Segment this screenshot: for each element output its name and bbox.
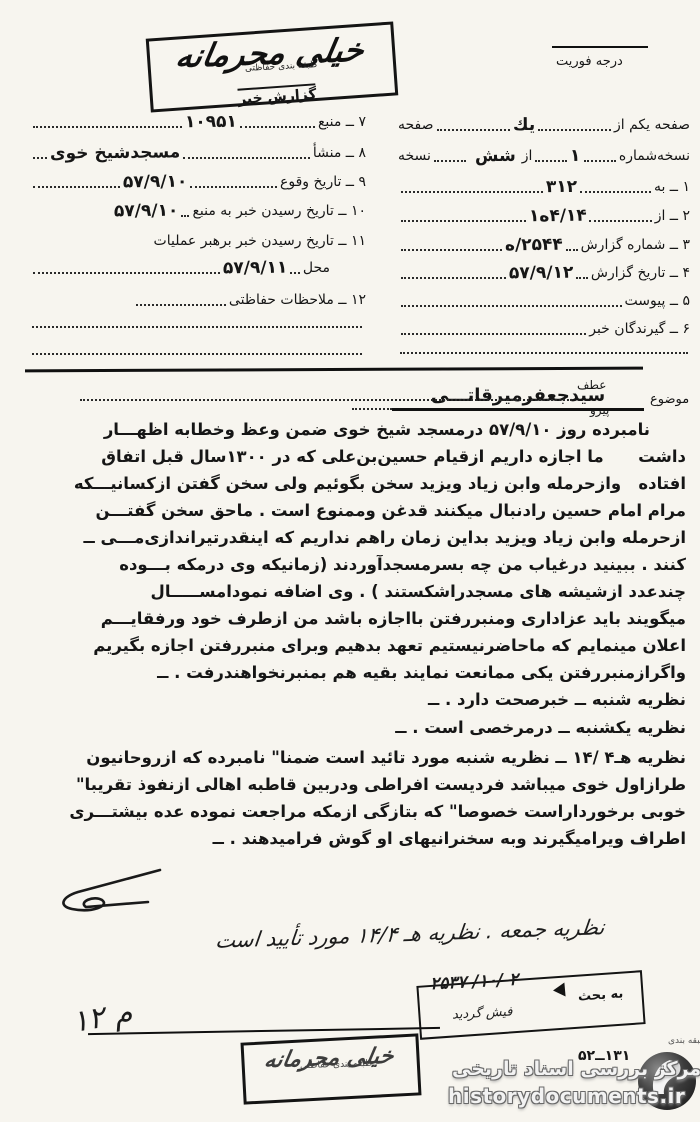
followup-label: پیرو [590, 403, 609, 417]
page-count-value: يك [513, 115, 535, 135]
dotted-line [33, 268, 220, 274]
copy-suffix: نسخه [398, 146, 431, 166]
watermark-url: historydocuments.ir [448, 1084, 685, 1108]
field-security-notes: ۱۲ ــ ملاحظات حفاظتی [30, 290, 366, 310]
field-security-notes-label: ۱۲ ــ ملاحظات حفاظتی [229, 290, 366, 310]
field-location: محل ۵۷/۹/۱۱ [30, 258, 366, 278]
field-to-value: ۳۱۲ [546, 177, 577, 197]
body-line: میگویند باید عزاداری ومنبررفتن بااجازه ب… [10, 609, 686, 628]
field-origin: ۸ ــ منشأ مسجدشیخ خوی [30, 143, 366, 163]
field-news-reached-source: ۱۰ ــ تاریخ رسیدن خبر به منبع ۵۷/۹/۱۰ [30, 201, 366, 221]
dotted-line [32, 324, 362, 328]
body-line: مرام امام حسین رادنبال میکنند قدغن وممنو… [10, 501, 686, 520]
page-count-row: صفحه یکم از يك صفحه [398, 115, 690, 135]
field-source: ۷ ــ منبع ۱۰۹۵۱ [30, 112, 366, 132]
dotted-line [136, 300, 226, 306]
watermark-title: مرکز بررسی اسناد تاریخی [452, 1058, 700, 1080]
dotted-line [538, 125, 611, 131]
field-from-value: ۱ه۴/۱۴ [529, 206, 587, 227]
body-line: اعلان مینمایم که ماحاضرنیستیم تعهد بدهیم… [10, 636, 686, 655]
field-report-date-label: ۴ ــ تاریخ گزارش [591, 263, 690, 283]
dotted-line [401, 301, 622, 307]
dotted-line [240, 122, 315, 128]
filing-stamp-triangle [552, 983, 565, 998]
field-occurrence-date-label: ۹ ــ تاریخ وقوع [280, 172, 366, 192]
body-line: چندعدد ازشیشه های مسجدراشکستند ) . وی اض… [10, 582, 686, 601]
handwritten-note: نظریه جمعه . نظریه ⁦۱۴/۴ هـ⁩ مورد تأیید … [179, 914, 641, 954]
field-report-date-value: ۵۷/۹/۱۲ [509, 263, 574, 284]
dotted-line [33, 182, 120, 188]
dotted-line [33, 122, 182, 128]
dotted-line [535, 156, 567, 162]
urgency-label: درجه فوریت [556, 54, 623, 69]
field-recipients: ۶ ــ گیرندگان خبر [398, 319, 690, 339]
field-to: ۱ ــ به ۳۱۲ [398, 177, 690, 197]
subject-label: موضوع [650, 392, 689, 407]
copy-prefix: نسخه‌شماره [619, 146, 690, 166]
field-location-value: ۵۷/۹/۱۱ [222, 258, 287, 279]
field-news-reached-ops: ۱۱ ــ تاریخ رسیدن خبر برهبر عملیات [30, 231, 366, 251]
dotted-line [183, 153, 310, 159]
dotted-line [401, 187, 543, 193]
dotted-line [566, 245, 578, 251]
dotted-line [580, 187, 651, 193]
field-attachment: ۵ ــ پیوست [398, 291, 690, 311]
field-report-date: ۴ ــ تاریخ گزارش ۵۷/۹/۱۲ [398, 263, 690, 283]
dotted-line [437, 125, 510, 131]
body-line: نظریه شنبه ــ خبرصحت دارد . ــ [10, 690, 686, 709]
dotted-line [352, 406, 392, 410]
field-attachment-label: ۵ ــ پیوست [625, 291, 690, 311]
dotted-line [584, 156, 616, 162]
filing-stamp-line2: فیش گردید [452, 1004, 513, 1022]
copy-value1: ۱ [570, 146, 581, 166]
body-line: اطراف ویرامیگیرند وبه سخنرانیهای او گوش … [10, 829, 686, 848]
field-news-reached-ops-label: ۱۱ ــ تاریخ رسیدن خبر برهبر عملیات [154, 231, 366, 251]
body-line: خوبی برخورداراست خصوصا" که بتازگی ازمکه … [10, 802, 686, 821]
field-source-label: ۷ ــ منبع [318, 112, 366, 132]
dotted-line [589, 216, 651, 222]
field-report-number-value: ه/۲۵۴۴ [505, 235, 563, 256]
field-source-value: ۱۰۹۵۱ [185, 112, 237, 133]
dotted-line [401, 216, 526, 222]
body-line: کنند . ببینید درغیاب من چه بسرمسجدآوردند… [10, 555, 686, 574]
page-count-prefix: صفحه یکم از [614, 115, 690, 135]
reference-label: عطف [577, 378, 606, 392]
copy-middle: از [522, 146, 533, 166]
dotted-line [434, 156, 466, 162]
dotted-line [32, 351, 362, 355]
field-from-label: ۲ ــ از [655, 206, 690, 226]
dotted-line [401, 329, 586, 335]
field-news-reached-source-value: ۵۷/۹/۱۰ [114, 201, 179, 222]
dotted-line [401, 273, 506, 279]
dotted-line [80, 397, 572, 401]
field-recipients-label: ۶ ــ گیرندگان خبر [589, 319, 690, 339]
dotted-line [401, 245, 502, 251]
body-line: واگرازمنبررفتن یکی ممانعت نمایند بقیه هم… [10, 663, 686, 682]
form-title: گزارش خبر [237, 83, 317, 107]
body-line: ازحرمله وابن زیاد ویزید بداین زمان راهم … [10, 528, 686, 547]
field-origin-label: ۸ ــ منشأ [313, 143, 366, 163]
dotted-line [400, 350, 688, 354]
dotted-line [576, 273, 588, 279]
dotted-line [33, 153, 47, 159]
scanned-document-page: خیلی محرمانه طبقه بندی حفاظتی گزارش خبر … [0, 0, 700, 1122]
edge-stamp-fragment: طبقه بندی [668, 1036, 700, 1046]
body-line: طرازاول خوی میباشد فردیست افراطی ودربین … [10, 775, 686, 794]
field-news-reached-source-label: ۱۰ ــ تاریخ رسیدن خبر به منبع [192, 201, 366, 221]
body-line: نظریه ⁦۱۴/ ۴هـ⁩ ــ نظریه شنبه مورد تائید… [10, 748, 686, 767]
copy-number-row: نسخه‌شماره ۱ از شش نسخه [398, 146, 690, 166]
dotted-line [190, 182, 277, 188]
field-to-label: ۱ ــ به [654, 177, 690, 197]
field-occurrence-date-value: ۵۷/۹/۱۰ [123, 172, 188, 193]
body-line: نامبرده روز ۵۷/۹/۱۰ درمسجد شیخ خوی ضمن و… [10, 420, 686, 439]
body-line: داشت ما اجازه داریم ازقیام حسین‌بن‌علی ک… [10, 447, 686, 466]
section-divider [25, 367, 643, 373]
body-line: نظریه یکشنبه ــ درمرخصی است . ــ [10, 718, 686, 737]
field-report-number: ۳ ــ شماره گزارش ه/۲۵۴۴ [398, 235, 690, 255]
body-line: افتاده وازحرمله وابن زیاد ویزید سخن بگوئ… [10, 474, 686, 493]
field-location-label: محل [303, 258, 330, 278]
field-report-number-label: ۳ ــ شماره گزارش [581, 235, 690, 255]
stamp-underline [88, 1027, 440, 1035]
page-count-suffix: صفحه [398, 115, 434, 135]
signature-scribble [48, 862, 168, 920]
dotted-line [181, 211, 189, 217]
field-from: ۲ ــ از ۱ه۴/۱۴ [398, 206, 690, 226]
field-origin-value: مسجدشیخ خوی [50, 142, 180, 163]
dotted-line [290, 268, 300, 274]
filing-stamp-label: به بحث [578, 986, 624, 1004]
field-occurrence-date: ۹ ــ تاریخ وقوع ۵۷/۹/۱۰ [30, 172, 366, 192]
copy-value2: شش [475, 146, 516, 166]
urgency-rule [552, 46, 648, 48]
